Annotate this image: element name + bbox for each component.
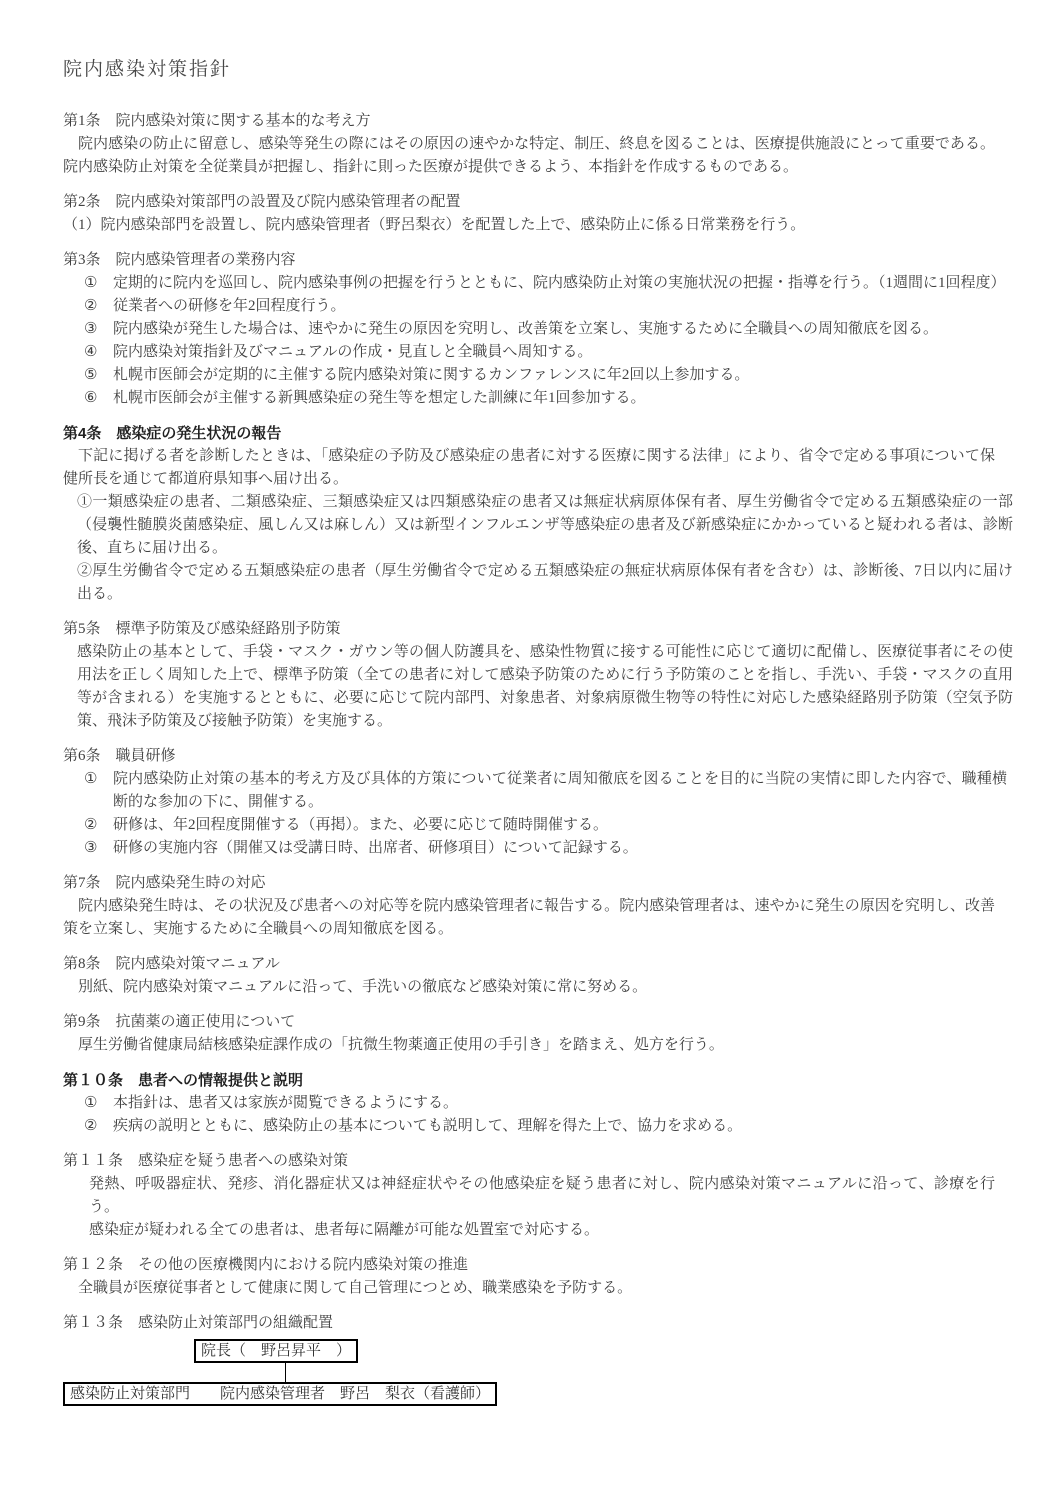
item-marker: ③: [84, 837, 113, 860]
paragraph: 厚生労働省健康局結核感染症課作成の「抗微生物薬適正使用の手引き」を踏まえ、処方を…: [63, 1034, 995, 1057]
item-text: 定期的に院内を巡回し、院内感染事例の把握を行うとともに、院内感染防止対策の実施状…: [113, 272, 1007, 295]
paragraph: 全職員が医療従事者として健康に関して自己管理につとめ、職業感染を予防する。: [63, 1277, 995, 1300]
articles-container: 第1条 院内感染対策に関する基本的な考え方院内感染の防止に留意し、感染等発生の際…: [63, 110, 995, 1335]
item-text: 研修は、年2回程度開催する（再掲）。また、必要に応じて随時開催する。: [113, 814, 1007, 837]
org-chart: 院長（ 野呂昇平 ） 感染防止対策部門 院内感染管理者 野呂 梨衣（看護師）: [63, 1339, 995, 1406]
article-heading: 第１２条 その他の医療機関内における院内感染対策の推進: [63, 1254, 995, 1277]
article-10: 第１０条 患者への情報提供と説明①本指針は、患者又は家族が閲覧できるようにする。…: [63, 1069, 995, 1138]
article-5: 第5条 標準予防策及び感染経路別予防策感染防止の基本として、手袋・マスク・ガウン…: [63, 618, 995, 733]
item-marker: ②: [84, 295, 113, 318]
article-1: 第1条 院内感染対策に関する基本的な考え方院内感染の防止に留意し、感染等発生の際…: [63, 110, 995, 179]
article-heading: 第4条 感染症の発生状況の報告: [63, 422, 995, 445]
item-text: 院内感染対策指針及びマニュアルの作成・見直しと全職員へ周知する。: [113, 341, 1007, 364]
article-heading: 第8条 院内感染対策マニュアル: [63, 953, 995, 976]
item-text: 院内感染防止対策の基本的考え方及び具体的方策について従業者に周知徹底を図ることを…: [113, 768, 1007, 814]
paragraph: 発熱、呼吸器症状、発疹、消化器症状又は神経症状やその他感染症を疑う患者に対し、院…: [89, 1173, 995, 1219]
list-item: ②研修は、年2回程度開催する（再掲）。また、必要に応じて随時開催する。: [63, 814, 1007, 837]
item-marker: ③: [84, 318, 113, 341]
paragraph: ②厚生労働省令で定める五類感染症の患者（厚生労働省令で定める五類感染症の無症状病…: [77, 560, 1013, 606]
document-title: 院内感染対策指針: [63, 56, 995, 84]
paragraph: 下記に掲げる者を診断したときは、「感染症の予防及び感染症の患者に対する医療に関す…: [63, 445, 995, 491]
article-11: 第１１条 感染症を疑う患者への感染対策発熱、呼吸器症状、発疹、消化器症状又は神経…: [63, 1150, 995, 1242]
article-13: 第１３条 感染防止対策部門の組織配置: [63, 1312, 995, 1335]
list-item: ②疾病の説明とともに、感染防止の基本についても説明して、理解を得た上で、協力を求…: [63, 1115, 1007, 1138]
article-heading: 第1条 院内感染対策に関する基本的な考え方: [63, 110, 995, 133]
list-item: ⑥札幌市医師会が主催する新興感染症の発生等を想定した訓練に年1回参加する。: [63, 387, 1007, 410]
item-marker: ②: [84, 1115, 113, 1138]
item-marker: ④: [84, 341, 113, 364]
org-box-department: 感染防止対策部門 院内感染管理者 野呂 梨衣（看護師）: [63, 1382, 497, 1406]
org-connector-line: [285, 1363, 286, 1382]
article-2: 第2条 院内感染対策部門の設置及び院内感染管理者の配置（1）院内感染部門を設置し…: [63, 191, 995, 237]
item-text: 研修の実施内容（開催又は受講日時、出席者、研修項目）について記録する。: [113, 837, 1007, 860]
item-marker: ①: [84, 768, 113, 814]
article-12: 第１２条 その他の医療機関内における院内感染対策の推進全職員が医療従事者として健…: [63, 1254, 995, 1300]
item-text: 従業者への研修を年2回程度行う。: [113, 295, 1007, 318]
article-heading: 第１１条 感染症を疑う患者への感染対策: [63, 1150, 995, 1173]
article-8: 第8条 院内感染対策マニュアル別紙、院内感染対策マニュアルに沿って、手洗いの徹底…: [63, 953, 995, 999]
list-item: ⑤札幌市医師会が定期的に主催する院内感染対策に関するカンファレンスに年2回以上参…: [63, 364, 1007, 387]
item-text: 本指針は、患者又は家族が閲覧できるようにする。: [113, 1092, 1007, 1115]
paragraph: 感染防止の基本として、手袋・マスク・ガウン等の個人防護具を、感染性物質に接する可…: [77, 641, 1013, 733]
article-heading: 第１３条 感染防止対策部門の組織配置: [63, 1312, 995, 1335]
org-box-director: 院長（ 野呂昇平 ）: [194, 1339, 358, 1363]
item-marker: ⑥: [84, 387, 113, 410]
article-9: 第9条 抗菌薬の適正使用について厚生労働省健康局結核感染症課作成の「抗微生物薬適…: [63, 1011, 995, 1057]
document-page: 院内感染対策指針 第1条 院内感染対策に関する基本的な考え方院内感染の防止に留意…: [0, 0, 1058, 1497]
list-item: ①定期的に院内を巡回し、院内感染事例の把握を行うとともに、院内感染防止対策の実施…: [63, 272, 1007, 295]
paragraph: （1）院内感染部門を設置し、院内感染管理者（野呂梨衣）を配置した上で、感染防止に…: [63, 214, 995, 237]
article-heading: 第１０条 患者への情報提供と説明: [63, 1069, 995, 1092]
paragraph: 院内感染発生時は、その状況及び患者への対応等を院内感染管理者に報告する。院内感染…: [63, 895, 995, 941]
paragraph: 感染症が疑われる全ての患者は、患者毎に隔離が可能な処置室で対応する。: [89, 1219, 995, 1242]
article-3: 第3条 院内感染管理者の業務内容①定期的に院内を巡回し、院内感染事例の把握を行う…: [63, 249, 995, 410]
item-text: 疾病の説明とともに、感染防止の基本についても説明して、理解を得た上で、協力を求め…: [113, 1115, 1007, 1138]
item-marker: ①: [84, 272, 113, 295]
org-chart-bottom-row: 感染防止対策部門 院内感染管理者 野呂 梨衣（看護師）: [63, 1382, 995, 1406]
list-item: ②従業者への研修を年2回程度行う。: [63, 295, 1007, 318]
list-item: ①院内感染防止対策の基本的考え方及び具体的方策について従業者に周知徹底を図ること…: [63, 768, 1007, 814]
org-chart-top-row: 院長（ 野呂昇平 ）: [194, 1339, 995, 1363]
list-item: ③研修の実施内容（開催又は受講日時、出席者、研修項目）について記録する。: [63, 837, 1007, 860]
article-heading: 第2条 院内感染対策部門の設置及び院内感染管理者の配置: [63, 191, 995, 214]
item-text: 札幌市医師会が主催する新興感染症の発生等を想定した訓練に年1回参加する。: [113, 387, 1007, 410]
paragraph: 院内感染の防止に留意し、感染等発生の際にはその原因の速やかな特定、制圧、終息を図…: [63, 133, 995, 179]
list-item: ①本指針は、患者又は家族が閲覧できるようにする。: [63, 1092, 1007, 1115]
article-heading: 第6条 職員研修: [63, 745, 995, 768]
item-text: 院内感染が発生した場合は、速やかに発生の原因を究明し、改善策を立案し、実施するた…: [113, 318, 1007, 341]
article-heading: 第5条 標準予防策及び感染経路別予防策: [63, 618, 995, 641]
list-item: ④院内感染対策指針及びマニュアルの作成・見直しと全職員へ周知する。: [63, 341, 1007, 364]
paragraph: ①一類感染症の患者、二類感染症、三類感染症又は四類感染症の患者又は無症状病原体保…: [77, 491, 1013, 560]
article-heading: 第9条 抗菌薬の適正使用について: [63, 1011, 995, 1034]
item-marker: ①: [84, 1092, 113, 1115]
item-text: 札幌市医師会が定期的に主催する院内感染対策に関するカンファレンスに年2回以上参加…: [113, 364, 1007, 387]
list-item: ③院内感染が発生した場合は、速やかに発生の原因を究明し、改善策を立案し、実施する…: [63, 318, 1007, 341]
article-heading: 第7条 院内感染発生時の対応: [63, 872, 995, 895]
article-6: 第6条 職員研修①院内感染防止対策の基本的考え方及び具体的方策について従業者に周…: [63, 745, 995, 860]
item-marker: ②: [84, 814, 113, 837]
item-marker: ⑤: [84, 364, 113, 387]
article-4: 第4条 感染症の発生状況の報告下記に掲げる者を診断したときは、「感染症の予防及び…: [63, 422, 995, 606]
article-7: 第7条 院内感染発生時の対応院内感染発生時は、その状況及び患者への対応等を院内感…: [63, 872, 995, 941]
article-heading: 第3条 院内感染管理者の業務内容: [63, 249, 995, 272]
paragraph: 別紙、院内感染対策マニュアルに沿って、手洗いの徹底など感染対策に常に努める。: [63, 976, 995, 999]
